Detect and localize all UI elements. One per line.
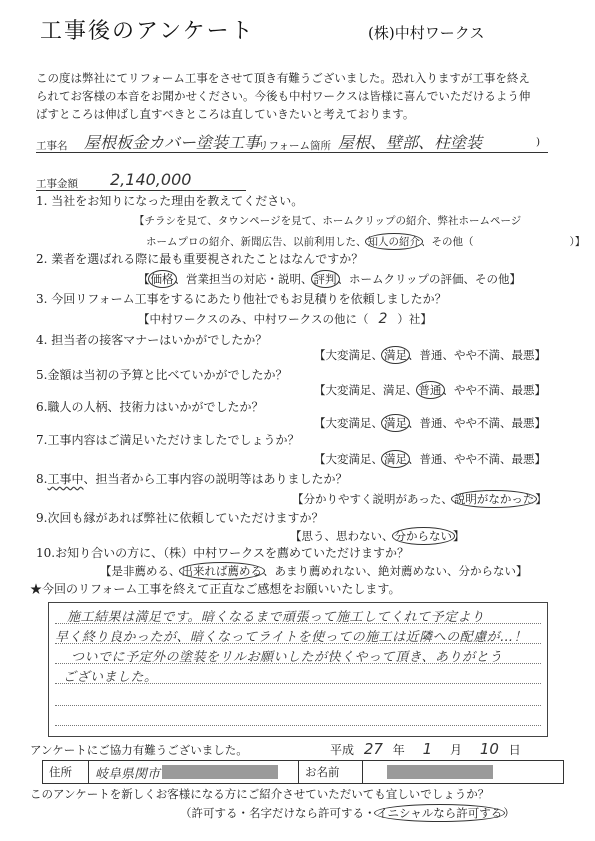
question-number: 9. bbox=[36, 511, 47, 525]
address-value[interactable]: 岐阜県関市 bbox=[95, 763, 160, 782]
q7-option-somewhat-dissatisfied[interactable]: やや不満 bbox=[454, 452, 500, 466]
question-number: 7. bbox=[36, 433, 47, 447]
question-7: 7.工事内容はご満足いただけましたでしょうか？ bbox=[36, 431, 299, 448]
address-label: 住所 bbox=[49, 764, 72, 780]
question-text: 今回リフォーム工事をするにあたり他社でもお見積りを依頼しましたか？ bbox=[51, 292, 446, 306]
question-number: 4. bbox=[36, 333, 47, 347]
day-value[interactable]: 10 bbox=[466, 740, 505, 758]
date-field: 平成 27 年 1 月 10 日 bbox=[330, 740, 521, 758]
location-close-paren: ) bbox=[536, 136, 540, 148]
question-3: 3. 今回リフォーム工事をするにあたり他社でもお見積りを依頼しましたか？ bbox=[36, 290, 447, 307]
q8-selected-option[interactable]: 説明がなかった bbox=[451, 490, 538, 508]
question-8: 8.工事中、担当者から工事内容の説明等はありましたか？ bbox=[36, 470, 347, 487]
q9-options: 【思う、思わない、分からない】 bbox=[290, 527, 465, 545]
question-number: 2. bbox=[36, 252, 47, 266]
question-text: お知り合いの方に、（株）中村ワークスを薦めていただけますか？ bbox=[55, 546, 409, 560]
amount-line: 工事金額 2,140,000 bbox=[36, 172, 246, 191]
q7-option-satisfied-selected[interactable]: 満足 bbox=[381, 450, 410, 468]
q1-options-post: 、その他（ bbox=[421, 236, 474, 248]
q2-selected-option-reputation[interactable]: 評判 bbox=[311, 270, 340, 288]
q10-options-pre: 【是非薦める、 bbox=[100, 564, 181, 578]
q2-options: 【価格、営業担当の対応・説明、評判、ホームクリップの評価、その他】 bbox=[138, 270, 521, 288]
thanks-text: アンケートにご協力有難うございました。 bbox=[30, 742, 248, 758]
question-4: 4. 担当者の接客マナーはいかがでしたか？ bbox=[36, 331, 267, 348]
question-number: 6. bbox=[36, 400, 47, 414]
question-1: 1. 当社をお知りになった理由を教えてください。 bbox=[36, 192, 303, 209]
intro-line-2: られてお客様の本音をお聞かせください。今後も中村ワークスは皆様に喜んでいただける… bbox=[36, 88, 530, 104]
q3-other-count[interactable]: 2 bbox=[368, 311, 397, 327]
project-location-value[interactable]: 屋根、壁部、柱塗装 bbox=[338, 130, 482, 153]
q4-option-normal[interactable]: 普通 bbox=[420, 348, 443, 362]
q5-option-very-satisfied[interactable]: 大変満足 bbox=[326, 383, 372, 397]
q6-option-normal[interactable]: 普通 bbox=[420, 416, 443, 430]
question-text: 次回も縁があれば弊社に依頼していただけますか？ bbox=[47, 511, 323, 525]
amount-label: 工事金額 bbox=[36, 176, 78, 191]
q5-scale: 【大変満足、満足、普通、やや不満、最悪】 bbox=[314, 381, 546, 399]
question-2: 2. 業者を選ばれる際に最も重要視されたことはなんですか？ bbox=[36, 250, 363, 267]
q6-option-very-satisfied[interactable]: 大変満足 bbox=[326, 416, 372, 430]
permission-options: （許可する・名字だけなら許可する・イニシャルなら許可する） bbox=[180, 804, 515, 822]
q7-option-normal[interactable]: 普通 bbox=[420, 452, 443, 466]
project-location-label: リフォーム箇所 bbox=[258, 138, 331, 153]
q10-options-post: 、あまり薦めれない、絶対薦めない、分からない】 bbox=[263, 564, 528, 578]
question-6: 6.職人の人柄、技術力はいかがでしたか？ bbox=[36, 398, 263, 415]
day-label: 日 bbox=[509, 743, 521, 757]
amount-value[interactable]: 2,140,000 bbox=[110, 170, 191, 189]
address-value-cell[interactable]: 岐阜県関市 bbox=[89, 761, 299, 783]
question-number: 1. bbox=[36, 194, 47, 208]
q4-scale: 【大変満足、満足、普通、やや不満、最悪】 bbox=[314, 346, 546, 364]
q3-options-pre: 【中村ワークスのみ、中村ワークスの他に（ bbox=[138, 312, 368, 326]
q1-selected-option[interactable]: 知人の紹介 bbox=[365, 233, 424, 250]
month-value[interactable]: 1 bbox=[409, 740, 447, 758]
q3-options-post: ）社】 bbox=[397, 312, 432, 326]
project-name-value[interactable]: 屋根板金カバー塗装工事 bbox=[84, 130, 260, 153]
question-text: 工事内容はご満足いただけましたでしょうか？ bbox=[47, 433, 299, 447]
q8-options-post: 】 bbox=[535, 492, 547, 506]
question-text: 職人の人柄、技術力はいかがでしたか？ bbox=[47, 400, 263, 414]
question-number: 5. bbox=[36, 368, 47, 382]
company-name: (株)中村ワークス bbox=[368, 22, 485, 43]
document-title: 工事後のアンケート bbox=[40, 14, 255, 45]
address-label-cell: 住所 bbox=[43, 761, 89, 783]
q5-option-worst[interactable]: 最悪 bbox=[512, 383, 535, 397]
intro-line-3: ばすところは伸ばし直すべきところは直していきたいと考えております。 bbox=[36, 106, 414, 122]
q5-option-satisfied[interactable]: 満足 bbox=[383, 383, 406, 397]
question-number: 8. bbox=[36, 472, 47, 486]
q1-options-end: ）】 bbox=[570, 236, 586, 248]
question-number: 10. bbox=[36, 546, 55, 560]
comment-line-1: 施工結果は満足です。暗くなるまで頑張って施工してくれて予定より bbox=[67, 606, 484, 625]
question-text: 、担当者から工事内容の説明等はありましたか？ bbox=[83, 472, 347, 486]
question-text: 業者を選ばれる際に最も重要視されたことはなんですか？ bbox=[51, 252, 363, 266]
name-label: お名前 bbox=[305, 764, 340, 780]
q10-options: 【是非薦める、出来れば薦める、あまり薦めれない、絶対薦めない、分からない】 bbox=[100, 562, 528, 580]
permission-post: ） bbox=[503, 806, 515, 820]
q8-marked-text: 工事中 bbox=[47, 472, 83, 486]
q6-scale: 【大変満足、満足、普通、やや不満、最悪】 bbox=[314, 414, 546, 432]
redacted-name bbox=[387, 765, 493, 779]
comment-prompt: ★今回のリフォーム工事を終えて正直なご感想をお願いいたします。 bbox=[30, 580, 400, 597]
q9-selected-option[interactable]: 分からない bbox=[392, 527, 456, 545]
q4-option-worst[interactable]: 最悪 bbox=[512, 348, 535, 362]
q3-options: 【中村ワークスのみ、中村ワークスの他に（2）社】 bbox=[138, 311, 432, 327]
year-value[interactable]: 27 bbox=[358, 740, 389, 758]
q9-options-pre: 【思う、思わない、 bbox=[290, 529, 394, 543]
q6-option-somewhat-dissatisfied[interactable]: やや不満 bbox=[454, 416, 500, 430]
q7-option-very-satisfied[interactable]: 大変満足 bbox=[326, 452, 372, 466]
permission-pre: （許可する・名字だけなら許可する・ bbox=[180, 806, 376, 820]
question-5: 5.金額は当初の予算と比べていかがでしたか？ bbox=[36, 366, 287, 383]
q4-option-satisfied-selected[interactable]: 満足 bbox=[381, 346, 410, 364]
comment-rule bbox=[55, 725, 541, 726]
q1-options-line-2: ホームプロの紹介、新聞広告、以前利用した、知人の紹介、その他（）】 bbox=[146, 233, 585, 250]
comment-line-3: ついでに予定外の塗装をリルお願いしたが快くやって頂き、ありがとう bbox=[71, 646, 502, 665]
question-text: 担当者の接客マナーはいかがでしたか？ bbox=[51, 333, 267, 347]
permission-selected-option[interactable]: イニシャルなら許可する bbox=[374, 804, 506, 822]
name-label-cell: お名前 bbox=[299, 761, 363, 783]
q2-selected-option-price[interactable]: 価格 bbox=[148, 270, 177, 288]
permission-question: このアンケートを新しくお客様になる方にご紹介させていただいても宜しいでしょうか？ bbox=[30, 786, 489, 802]
comment-line-4: ございました。 bbox=[63, 666, 158, 685]
q5-option-normal-selected[interactable]: 普通 bbox=[416, 381, 445, 399]
q4-option-somewhat-dissatisfied[interactable]: やや不満 bbox=[454, 348, 500, 362]
name-value-cell[interactable] bbox=[363, 761, 563, 783]
project-line: 工事名 屋根板金カバー塗装工事 リフォーム箇所 屋根、壁部、柱塗装 ) bbox=[36, 130, 548, 153]
q2-mid: 、営業担当の対応・説明、 bbox=[175, 272, 313, 286]
question-text: 金額は当初の予算と比べていかがでしたか？ bbox=[47, 368, 287, 382]
q5-option-somewhat-dissatisfied[interactable]: やや不満 bbox=[454, 383, 500, 397]
intro-line-1: この度は弊社にてリフォーム工事をさせて頂き有難うございました。恐れ入りますが工事… bbox=[36, 70, 530, 86]
month-label: 月 bbox=[450, 743, 462, 757]
q6-option-worst[interactable]: 最悪 bbox=[512, 416, 535, 430]
question-9: 9.次回も縁があれば弊社に依頼していただけますか？ bbox=[36, 509, 323, 526]
q7-scale: 【大変満足、満足、普通、やや不満、最悪】 bbox=[314, 450, 546, 468]
q8-options-pre: 【分かりやすく説明があった、 bbox=[292, 492, 453, 506]
question-number: 3. bbox=[36, 292, 47, 306]
comment-box[interactable]: 施工結果は満足です。暗くなるまで頑張って施工してくれて予定より 早く終り良かった… bbox=[48, 602, 548, 737]
q4-option-very-satisfied[interactable]: 大変満足 bbox=[326, 348, 372, 362]
comment-line-2: 早く終り良かったが、暗くなってライトを使っての施工は近隣への配慮が…！ bbox=[55, 626, 527, 645]
q7-option-worst[interactable]: 最悪 bbox=[512, 452, 535, 466]
q9-options-post: 】 bbox=[453, 529, 465, 543]
q8-options: 【分かりやすく説明があった、説明がなかった】 bbox=[292, 490, 547, 508]
customer-info-table: 住所 岐阜県関市 お名前 bbox=[42, 760, 564, 784]
question-10: 10.お知り合いの方に、（株）中村ワークスを薦めていただけますか？ bbox=[36, 544, 409, 561]
q10-selected-option[interactable]: 出来れば薦める bbox=[179, 562, 266, 580]
q1-options-line-1: 【チラシを見て、タウンページを見て、ホームクリップの紹介、弊社ホームページ bbox=[134, 213, 521, 228]
q6-option-satisfied-selected[interactable]: 満足 bbox=[381, 414, 410, 432]
question-text: 当社をお知りになった理由を教えてください。 bbox=[51, 194, 303, 208]
q2-post: 、ホームクリップの評価、その他】 bbox=[338, 272, 522, 286]
comment-rule bbox=[55, 705, 541, 706]
project-name-label: 工事名 bbox=[36, 138, 68, 153]
redacted-address bbox=[162, 765, 278, 779]
year-label: 年 bbox=[393, 743, 405, 757]
era-label: 平成 bbox=[330, 743, 354, 757]
q1-options-pre: ホームプロの紹介、新聞広告、以前利用した、 bbox=[146, 236, 367, 248]
